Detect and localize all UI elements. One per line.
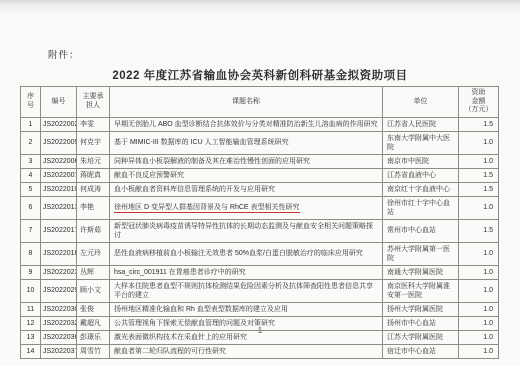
red-underline-annotation: 徐州地区 D 变异型人群基因背景及与 RhCE 表型相关性研究 bbox=[114, 204, 300, 213]
table-row: 5JS2022010何成涛血小板献血者资料库信息管理系统的开发与应用研究南京红十… bbox=[21, 182, 499, 196]
cell-title: hsa_circ_001911 在胃癌患者诊疗中的研究 bbox=[110, 265, 383, 279]
cell-title: 扬州地区精准化输血和 Rh 血型表型数据库的建立及应用 bbox=[110, 302, 383, 316]
table-row: 9JS2022023丛辉hsa_circ_001911 在胃癌患者诊疗中的研究南… bbox=[21, 265, 499, 279]
cell-person: 朱培元 bbox=[77, 154, 110, 168]
cell-no: 14 bbox=[21, 344, 41, 358]
cell-no: 2 bbox=[21, 131, 41, 154]
cell-title: 早期无创胎儿 ABO 血型诊断结合抗体效价与分类对精准防治新生儿溶血病的作用研究 bbox=[110, 117, 383, 131]
cell-title: 新型冠状肺炎病毒疫苗诱导特异性抗体的长期动态监测及与献血安全相关问题策略探讨 bbox=[110, 219, 383, 242]
cell-title: 同种异体血小板裂解液的制备及其在难治性慢性创面的应用研究 bbox=[110, 154, 383, 168]
cell-code: JS2022002 bbox=[41, 117, 77, 131]
cell-unit: 扬州大学附属医院 bbox=[383, 302, 459, 316]
header-cell-code: 编号 bbox=[41, 87, 77, 118]
header-cell-title: 课题名称 bbox=[110, 87, 383, 118]
header-cell-unit: 单位 bbox=[383, 87, 459, 118]
cell-no: 11 bbox=[21, 302, 41, 316]
cell-no: 10 bbox=[21, 279, 41, 302]
cell-amount: 1.5 bbox=[459, 168, 499, 182]
header-cell-amount: 资助 金额 （万元） bbox=[459, 87, 499, 118]
cell-person: 左元玲 bbox=[77, 242, 110, 265]
table-header: 序 号 编号 主要承 担人 课题名称 单位 资助 金额 （万元） bbox=[21, 87, 499, 118]
header-row: 序 号 编号 主要承 担人 课题名称 单位 资助 金额 （万元） bbox=[21, 87, 499, 118]
cell-amount: 1.0 bbox=[459, 154, 499, 168]
cell-person: 许斯茹 bbox=[77, 219, 110, 242]
cell-amount: 1.5 bbox=[459, 182, 499, 196]
cell-title: 徐州地区 D 变异型人群基因背景及与 RhCE 表型相关性研究 bbox=[110, 196, 383, 219]
cell-code: JS2022017 bbox=[41, 219, 77, 242]
cell-person: 蒋昵真 bbox=[77, 168, 110, 182]
cell-amount: 1.0 bbox=[459, 302, 499, 316]
cell-title: 恶性血液病移植前血小板输注无效患者 50%血浆/白蛋白脱敏治疗的临床应用研究 bbox=[110, 242, 383, 265]
header-cell-no: 序 号 bbox=[21, 87, 41, 118]
cell-person: 顾小文 bbox=[77, 279, 110, 302]
table-row: 4JS2022007蒋昵真献血不良反应预警研究江苏省血液中心1.5 bbox=[21, 168, 499, 182]
cell-no: 3 bbox=[21, 154, 41, 168]
cell-amount: 1.0 bbox=[459, 131, 499, 154]
cell-no: 9 bbox=[21, 265, 41, 279]
scanned-document-page: 附件： 2022 年度江苏省输血协会英科新创科研基金拟资助项目 序 号 编号 主… bbox=[0, 0, 520, 366]
table-row: 2JS2022005何克宇基于 MIMIC-III 数据库的 ICU 人工智能输… bbox=[21, 131, 499, 154]
cell-title: 献血者第二轮归队流程的可行性研究 bbox=[110, 344, 383, 358]
cell-title: 血小板献血者资料库信息管理系统的开发与应用研究 bbox=[110, 182, 383, 196]
cell-no: 4 bbox=[21, 168, 41, 182]
table-body: 1JS2022002李雯早期无创胎儿 ABO 血型诊断结合抗体效价与分类对精准防… bbox=[21, 117, 499, 358]
cell-amount: 1.0 bbox=[459, 265, 499, 279]
attachment-label: 附件： bbox=[48, 47, 80, 61]
document-title: 2022 年度江苏省输血协会英科新创科研基金拟资助项目 bbox=[0, 67, 520, 83]
cell-person: 周雪竹 bbox=[77, 344, 110, 358]
header-cell-person: 主要承 担人 bbox=[77, 87, 110, 118]
cell-no: 6 bbox=[21, 196, 41, 219]
funded-projects-table: 序 号 编号 主要承 担人 课题名称 单位 资助 金额 （万元） 1JS2022… bbox=[20, 86, 499, 359]
cell-amount: 1.0 bbox=[459, 279, 499, 302]
cell-amount: 1.5 bbox=[459, 219, 499, 242]
cell-unit: 常州市中心血站 bbox=[383, 219, 459, 242]
table-row: 8JS2022018左元玲恶性血液病移植前血小板输注无效患者 50%血浆/白蛋白… bbox=[21, 242, 499, 265]
cell-title: 大样本住院患者血型不规则抗体检测结果危险因素分析及抗体筛查阳性患者信息共享平台的… bbox=[110, 279, 383, 302]
cell-unit: 苏州大学附属第一医院 bbox=[383, 242, 459, 265]
cell-code: JS2022006 bbox=[41, 154, 77, 168]
cell-code: JS2022007 bbox=[41, 168, 77, 182]
cell-unit: 江苏省人民医院 bbox=[383, 117, 459, 131]
cell-person: 李雯 bbox=[77, 117, 110, 131]
table-row: 7JS2022017许斯茹新型冠状肺炎病毒疫苗诱导特异性抗体的长期动态监测及与献… bbox=[21, 219, 499, 242]
cell-person: 李艳 bbox=[77, 196, 110, 219]
cell-title: 献血不良反应预警研究 bbox=[110, 168, 383, 182]
cell-unit: 南京市中医院 bbox=[383, 154, 459, 168]
table-row: 10JS2022029顾小文大样本住院患者血型不规则抗体检测结果危险因素分析及抗… bbox=[21, 279, 499, 302]
page-number: 1 bbox=[0, 326, 520, 335]
cell-unit: 江苏省血液中心 bbox=[383, 168, 459, 182]
cell-code: JS2022023 bbox=[41, 265, 77, 279]
cell-unit: 南京红十字血液中心 bbox=[383, 182, 459, 196]
cell-amount: 1.0 bbox=[459, 196, 499, 219]
cell-amount: 1.5 bbox=[459, 117, 499, 131]
cell-no: 8 bbox=[21, 242, 41, 265]
cell-code: JS2022030 bbox=[41, 302, 77, 316]
cell-title: 基于 MIMIC-III 数据库的 ICU 人工智能输血管理系统研究 bbox=[110, 131, 383, 154]
table-row: 1JS2022002李雯早期无创胎儿 ABO 血型诊断结合抗体效价与分类对精准防… bbox=[21, 117, 499, 131]
cell-amount: 1.0 bbox=[459, 344, 499, 358]
cell-person: 丛辉 bbox=[77, 265, 110, 279]
cell-code: JS2022037 bbox=[41, 344, 77, 358]
cell-unit: 东南大学附属中大医院 bbox=[383, 131, 459, 154]
cell-unit: 宿迁市中心血站 bbox=[383, 344, 459, 358]
cell-code: JS2022029 bbox=[41, 279, 77, 302]
cell-person: 何克宇 bbox=[77, 131, 110, 154]
table-row: 6JS2022013李艳徐州地区 D 变异型人群基因背景及与 RhCE 表型相关… bbox=[21, 196, 499, 219]
cell-person: 张俊 bbox=[77, 302, 110, 316]
cell-code: JS2022010 bbox=[41, 182, 77, 196]
cell-code: JS2022018 bbox=[41, 242, 77, 265]
cell-amount: 1.0 bbox=[459, 242, 499, 265]
cell-no: 1 bbox=[21, 117, 41, 131]
cell-no: 5 bbox=[21, 182, 41, 196]
table-row: 14JS2022037周雪竹献血者第二轮归队流程的可行性研究宿迁市中心血站1.0 bbox=[21, 344, 499, 358]
cell-no: 7 bbox=[21, 219, 41, 242]
cell-person: 何成涛 bbox=[77, 182, 110, 196]
table-row: 3JS2022006朱培元同种异体血小板裂解液的制备及其在难治性慢性创面的应用研… bbox=[21, 154, 499, 168]
table-row: 11JS2022030张俊扬州地区精准化输血和 Rh 血型表型数据库的建立及应用… bbox=[21, 302, 499, 316]
cell-code: JS2022005 bbox=[41, 131, 77, 154]
cell-unit: 徐州市红十字中心血站 bbox=[383, 196, 459, 219]
cell-unit: 南京医科大学附属淮安第一医院 bbox=[383, 279, 459, 302]
cell-code: JS2022013 bbox=[41, 196, 77, 219]
cell-unit: 南通大学附属医院 bbox=[383, 265, 459, 279]
